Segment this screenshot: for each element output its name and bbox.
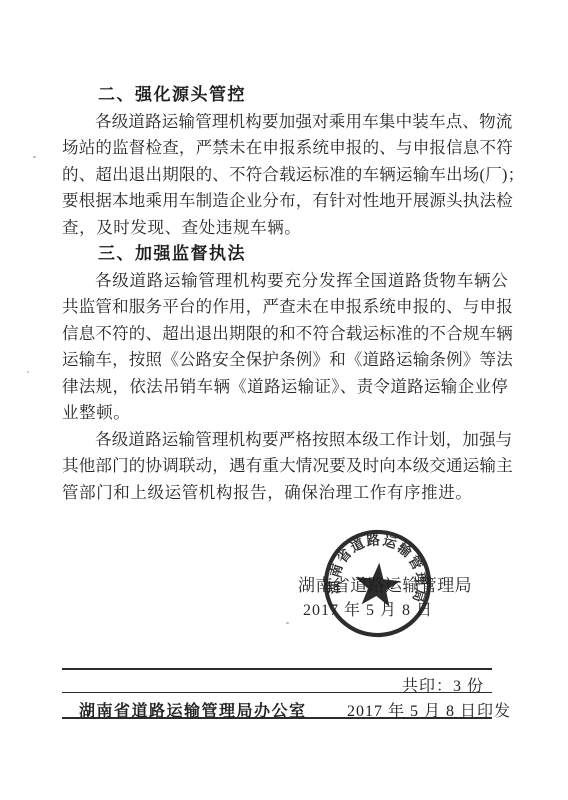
section-heading-2: 二、强化源头管控: [62, 82, 508, 109]
body-line: 查，及时发现、查处违规车辆。: [62, 215, 508, 242]
section-heading-3: 三、加强监督执法: [62, 241, 508, 268]
body-line: 各级道路运输管理机构要充分发挥全国道路货物车辆公: [62, 268, 508, 295]
footer-divider-bottom: [62, 717, 492, 719]
body-line: 各级道路运输管理机构要加强对乘用车集中装车点、物流: [62, 109, 508, 136]
body-line: 场站的监督检查，严禁未在申报系统申报的、与申报信息不符: [62, 135, 508, 162]
scan-speck: [33, 156, 36, 158]
body-line: 管部门和上级运管机构报告，确保治理工作有序推进。: [62, 480, 508, 507]
body-line: 的、超出退出期限的、不符合载运标准的车辆运输车出场(厂)；: [62, 162, 508, 189]
footer-divider-middle: [62, 692, 492, 693]
scan-speck: [286, 622, 289, 624]
scan-speck: [27, 371, 29, 373]
body-line: 律法规，依法吊销车辆《道路运输证》、责令道路运输企业停: [62, 374, 508, 401]
star-icon: [353, 561, 402, 608]
body-line: 运输车，按照《公路安全保护条例》和《道路运输条例》等法: [62, 347, 508, 374]
footer-divider-top: [62, 668, 492, 670]
document-body: 二、强化源头管控 各级道路运输管理机构要加强对乘用车集中装车点、物流 场站的监督…: [62, 82, 508, 506]
body-line: 要根据本地乘用车制造企业分布，有针对性地开展源头执法检: [62, 188, 508, 215]
official-seal: 湖南省道路运输管理局: [321, 527, 434, 640]
body-line: 其他部门的协调联动，遇有重大情况要及时向本级交通运输主: [62, 453, 508, 480]
body-line: 共监管和服务平台的作用，严查未在申报系统申报的、与申报: [62, 294, 508, 321]
body-line: 业整顿。: [62, 400, 508, 427]
body-line: 各级道路运输管理机构要严格按照本级工作计划，加强与: [62, 427, 508, 454]
scanned-official-document: 二、强化源头管控 各级道路运输管理机构要加强对乘用车集中装车点、物流 场站的监督…: [0, 0, 568, 800]
body-line: 信息不符的、超出退出期限的和不符合载运标准的不合规车辆: [62, 321, 508, 348]
